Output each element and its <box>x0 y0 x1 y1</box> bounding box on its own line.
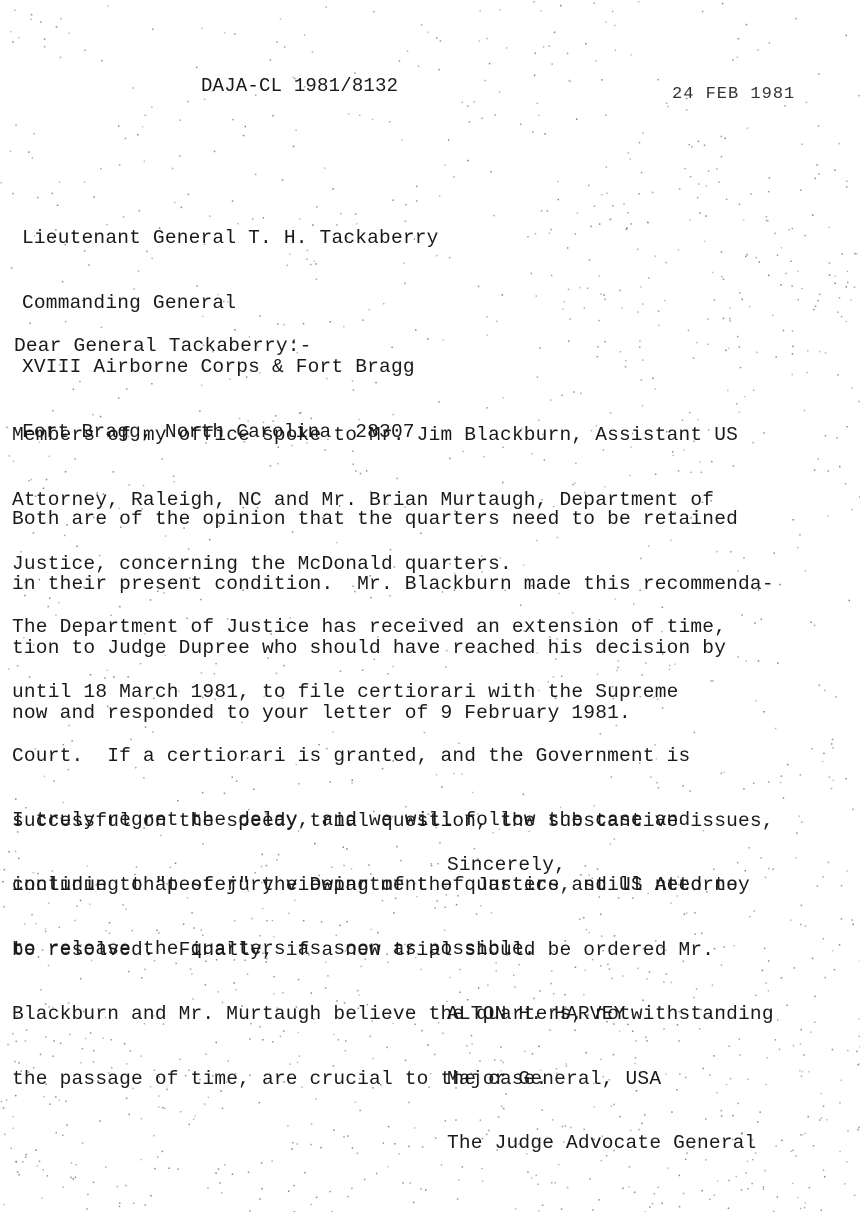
address-line: Lieutenant General T. H. Tackaberry <box>22 228 439 250</box>
signer-title: The Judge Advocate General <box>447 1133 756 1155</box>
text-line: The Department of Justice has received a… <box>12 617 774 639</box>
text-line: Court. If a certiorari is granted, and t… <box>12 746 774 768</box>
text-line: until 18 March 1981, to file certiorari … <box>12 682 774 704</box>
address-line: XVIII Airborne Corps & Fort Bragg <box>22 357 439 379</box>
signature-block: ALTON H. HARVEY Major General, USA The J… <box>447 961 756 1176</box>
signer-name: ALTON H. HARVEY <box>447 1004 756 1026</box>
text-line: Members of my office spoke to Mr. Jim Bl… <box>12 425 738 447</box>
signer-rank: Major General, USA <box>447 1069 756 1091</box>
reference-number: DAJA-CL 1981/8132 <box>201 76 398 98</box>
closing: Sincerely, <box>447 855 566 877</box>
text-line: Both are of the opinion that the quarter… <box>12 509 774 531</box>
date-stamp: 24 FEB 1981 <box>672 84 795 106</box>
text-line: continue to "pester" the Department of J… <box>12 875 750 897</box>
text-line: I truly regret the delay, and we will fo… <box>12 810 750 832</box>
address-line: Commanding General <box>22 293 439 315</box>
text-line: to release the quarters as soon as possi… <box>12 939 750 961</box>
salutation: Dear General Tackaberry:- <box>14 336 312 358</box>
paragraph-4: I truly regret the delay, and we will fo… <box>12 767 750 982</box>
